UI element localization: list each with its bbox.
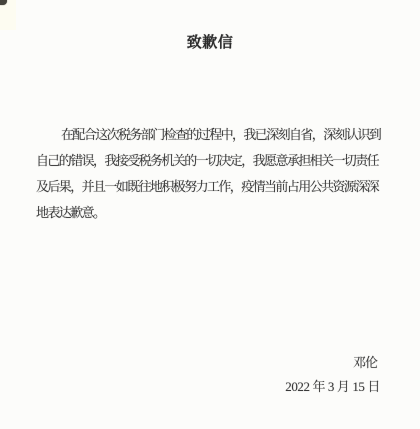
body-line-3: 及后果，并且一如既往地积极努力工作，疫情当前占用公共资源深深 — [36, 174, 382, 200]
body-line-4: 地表达歉意。 — [36, 200, 382, 226]
signature-name: 邓伦 — [353, 356, 377, 370]
apology-letter-page: 致歉信 在配合这次税务部门检查的过程中，我已深刻自省，深刻认识到 自己的错误，我… — [0, 0, 420, 429]
letter-title: 致歉信 — [0, 35, 420, 52]
signature-date: 2022 年 3 月 15 日 — [285, 380, 380, 394]
letter-body: 在配合这次税务部门检查的过程中，我已深刻自省，深刻认识到 自己的错误，我接受税务… — [36, 122, 382, 226]
body-line-2: 自己的错误，我接受税务机关的一切决定，我愿意承担相关一切责任 — [36, 148, 382, 174]
body-line-1: 在配合这次税务部门检查的过程中，我已深刻自省，深刻认识到 — [36, 122, 382, 148]
